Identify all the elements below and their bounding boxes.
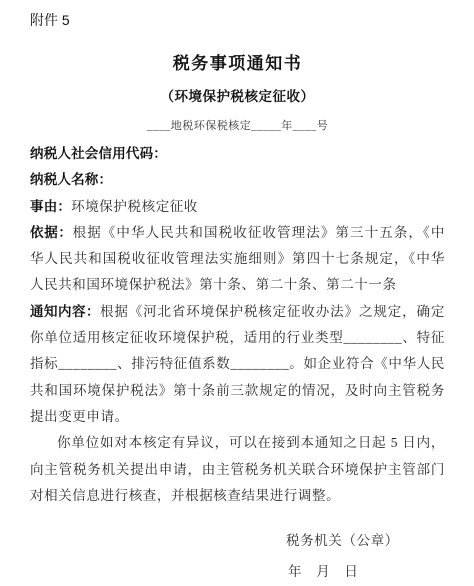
document-subtitle: （环境保护税核定征收） [30,85,445,105]
basis-label: 依据： [30,225,73,240]
document-number-line: ____地税环保税核定_____年____号 [30,117,445,133]
notice-content-label: 通知内容： [30,304,100,319]
basis-value: 根据《中华人民共和国税收征收管理法》第三十五条，《中华人民共和国税收征收管理法实… [30,225,445,293]
credit-code-row: 纳税人社会信用代码： [30,141,445,167]
document-title: 税务事项通知书 [30,49,445,74]
taxpayer-name-row: 纳税人名称： [30,167,445,193]
subject-label: 事由： [30,199,71,214]
attachment-label: 附件 5 [30,10,445,30]
subject-value: 环境保护税核定征收 [71,199,198,214]
credit-code-label: 纳税人社会信用代码： [30,146,167,161]
authority-seal-line: 税务机关（公章） [286,529,445,549]
appeal-paragraph: 你单位如对本核定有异议，可以在接到本通知之日起 5 日内，向主管税务机关提出申请… [30,430,445,509]
document-body: 纳税人社会信用代码： 纳税人名称： 事由：环境保护税核定征收 依据：根据《中华人… [30,141,445,509]
subject-row: 事由：环境保护税核定征收 [30,194,445,220]
notice-content-value: 根据《河北省环境保护税核定征收办法》之规定，确定你单位适用核定征收环境保护税，适… [30,304,445,424]
date-line: 年 月 日 [286,560,445,580]
tax-notice-document: 附件 5 税务事项通知书 （环境保护税核定征收） ____地税环保税核定____… [0,0,474,586]
signature-block: 税务机关（公章） 年 月 日 [286,529,445,580]
taxpayer-name-label: 纳税人名称： [30,172,112,187]
basis-paragraph: 依据：根据《中华人民共和国税收征收管理法》第三十五条，《中华人民共和国税收征收管… [30,220,445,299]
notice-content-paragraph: 通知内容：根据《河北省环境保护税核定征收办法》之规定，确定你单位适用核定征收环境… [30,299,445,430]
